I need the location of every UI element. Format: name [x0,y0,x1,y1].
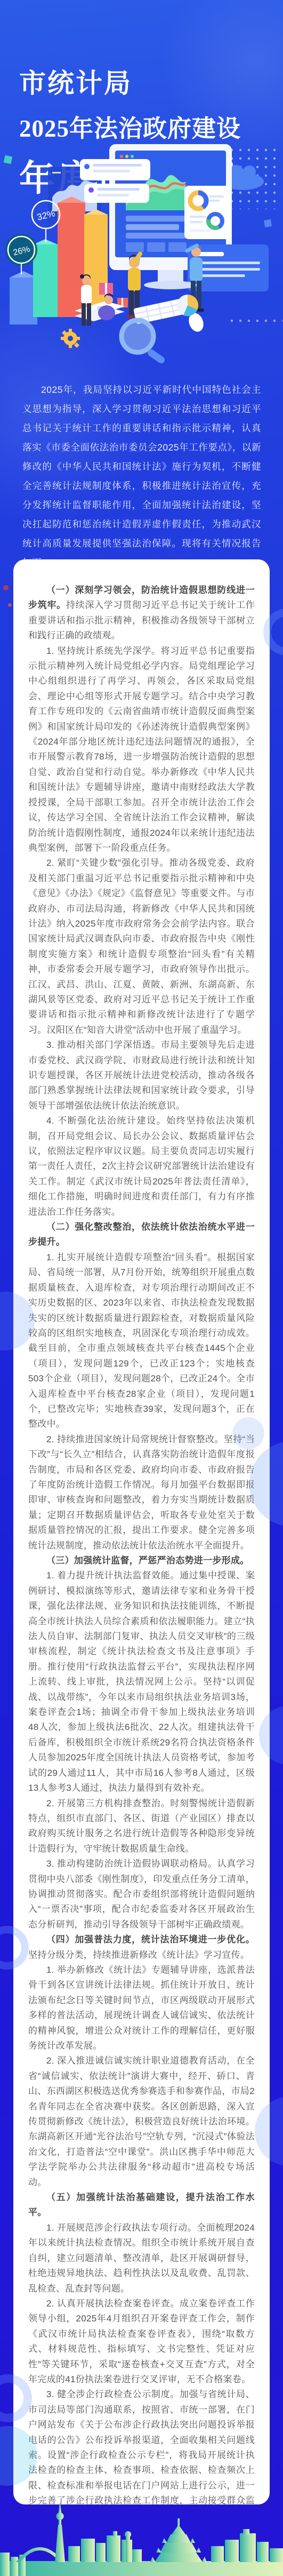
section-3-item-1: 1. 着力提升统计执法监督效能。通过集中授课、案例研讨、模拟演练等形式，邀请法律… [28,1568,255,1796]
gear-icon [61,329,80,348]
data-dashboard-illustration: 32% 26% [0,140,283,364]
section-5-item-3: 3. 健全涉企行政检查公示制度。加强与省统计局、市司法局等部门沟通联系，按照省、… [28,2387,255,2504]
section-3-item-3: 3. 推动构建防治统计造假协调联动格局。认真学习贯彻中央八部委《刚性制度》，印发… [28,1856,255,1932]
intro-paragraph: 2025年，我局坚持以习近平新时代中国特色社会主义思想为指导，深入学习贯彻习近平… [22,380,261,572]
city-skyline [0,2501,283,2576]
section-4-item-1: 1. 举办新修改《统计法》专题辅导讲座，选派普法骨干到各区宣讲统计法律法规。抓住… [28,1963,255,2053]
section-1-item-2: 2. 紧盯“关键少数”强化引导。推动各级党委、政府及相关部门重温习近平总书记重要… [28,856,255,1038]
title-line-2: 2025年法治政府建设 [19,109,241,144]
section-4-heading: （四）加强普法力度，统计法治环境进一步优化。 [46,1934,255,1945]
section-2-heading: （二）强化整改整治，依法统计依法治统水平进一步提升。 [28,1222,255,1247]
section-2-item-2: 2. 持续推进国家统计局常规统计督察整改。坚持“当下改”与“长久立”相结合，认真… [28,1432,255,1553]
deco-square [4,155,13,164]
section-1-item-1: 1. 坚持统计系统先学深学。将习近平总书记重要指示批示精神列入统计局党组必学内容… [28,644,255,856]
monitor-base [144,281,197,289]
title-line-1: 市统计局 [19,62,241,100]
section-3-heading: （三）加强统计监督，严惩严治态势进一步形成。 [46,1555,249,1566]
deco-square [264,219,272,227]
section-5-item-2: 2. 认真开展执法检查案卷评查。成立案卷评查工作领导小组，2025年4月组织召开… [28,2296,255,2387]
section-1-item-3: 3. 推动相关部门学深悟透。市局主要领导先后走进市委党校、武汉商学院、市财政局进… [28,1038,255,1113]
donut-chart-card [184,186,230,239]
section-3-item-2: 2. 开展第三方机构排查整治。时刻警惕统计造假新特点，组织市直部门、各区、街道（… [28,1796,255,1857]
section-1-item-4: 4. 不断强化法治统计建设。始终坚持依法决策机制，召开局党组会议、局长办公会议、… [28,1113,255,1220]
section-4-item-2: 2. 深入推进诚信诚实统计职业道德教育活动，在全省“诚信诚实、依法统计”演讲大赛… [28,2053,255,2190]
section-4-lead: 坚持分级分类，持续推进新修改《统计法》学习宣传。 [28,1950,249,1960]
magnifier-icon [122,320,166,364]
section-3-heading-paragraph: （三）加强统计监督，严惩严治态势进一步形成。 [28,1553,255,1568]
section-2-heading-paragraph: （二）强化整改整治，依法统计依法治统水平进一步提升。 [28,1220,255,1250]
section-5-heading-paragraph: （五）加强统计法治基础建设，提升法治工作水平。 [28,2190,255,2221]
decorative-dot [8,603,12,607]
section-1-heading-paragraph: （一）深刻学习领会，防治统计造假思想防线进一步筑牢。持续深入学习贯彻习近平总书记… [28,583,255,644]
section-5-heading: （五）加强统计法治基础建设，提升法治工作水平。 [28,2192,255,2217]
section-5-item-1: 1. 开展规范涉企行政执法专项行动。全面梳理2024年以来统计执法检查情况。组织… [28,2221,255,2296]
section-4-heading-paragraph: （四）加强普法力度，统计法治环境进一步优化。坚持分级分类，持续推进新修改《统计法… [28,1932,255,1963]
section-2-item-1: 1. 扎实开展统计造假专项整治“回头看”。根据国家局、省局统一部署，从7月份开始… [28,1250,255,1432]
decorative-dot [3,585,9,590]
badge-26-percent: 26% [5,234,37,274]
report-card: （一）深刻学习领会，防治统计造假思想防线进一步筑牢。持续深入学习贯彻习近平总书记… [13,559,270,2504]
